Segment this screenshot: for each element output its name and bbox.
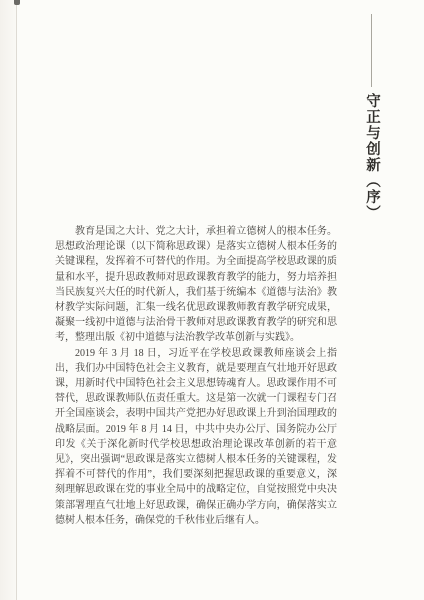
scan-artifact-speck [14,0,20,5]
body-text-block: 教育是国之大计、党之大计，承担着立德树人的根本任务。思想政治理论课（以下简称思政… [55,224,337,528]
scan-crease-line [16,0,17,600]
margin-vertical-rule [371,14,372,87]
chapter-title-vertical: 守正与创新（序） [362,93,383,221]
paragraph-1: 教育是国之大计、党之大计，承担着立德树人的根本任务。思想政治理论课（以下简称思政… [55,224,337,346]
scan-edge-shadow [0,0,16,600]
paragraph-2: 2019 年 3 月 18 日，习近平在学校思政课教师座谈会上指出，我们办中国特… [55,346,337,528]
scanned-book-page: 守正与创新（序） 教育是国之大计、党之大计，承担着立德树人的根本任务。思想政治理… [0,0,424,600]
